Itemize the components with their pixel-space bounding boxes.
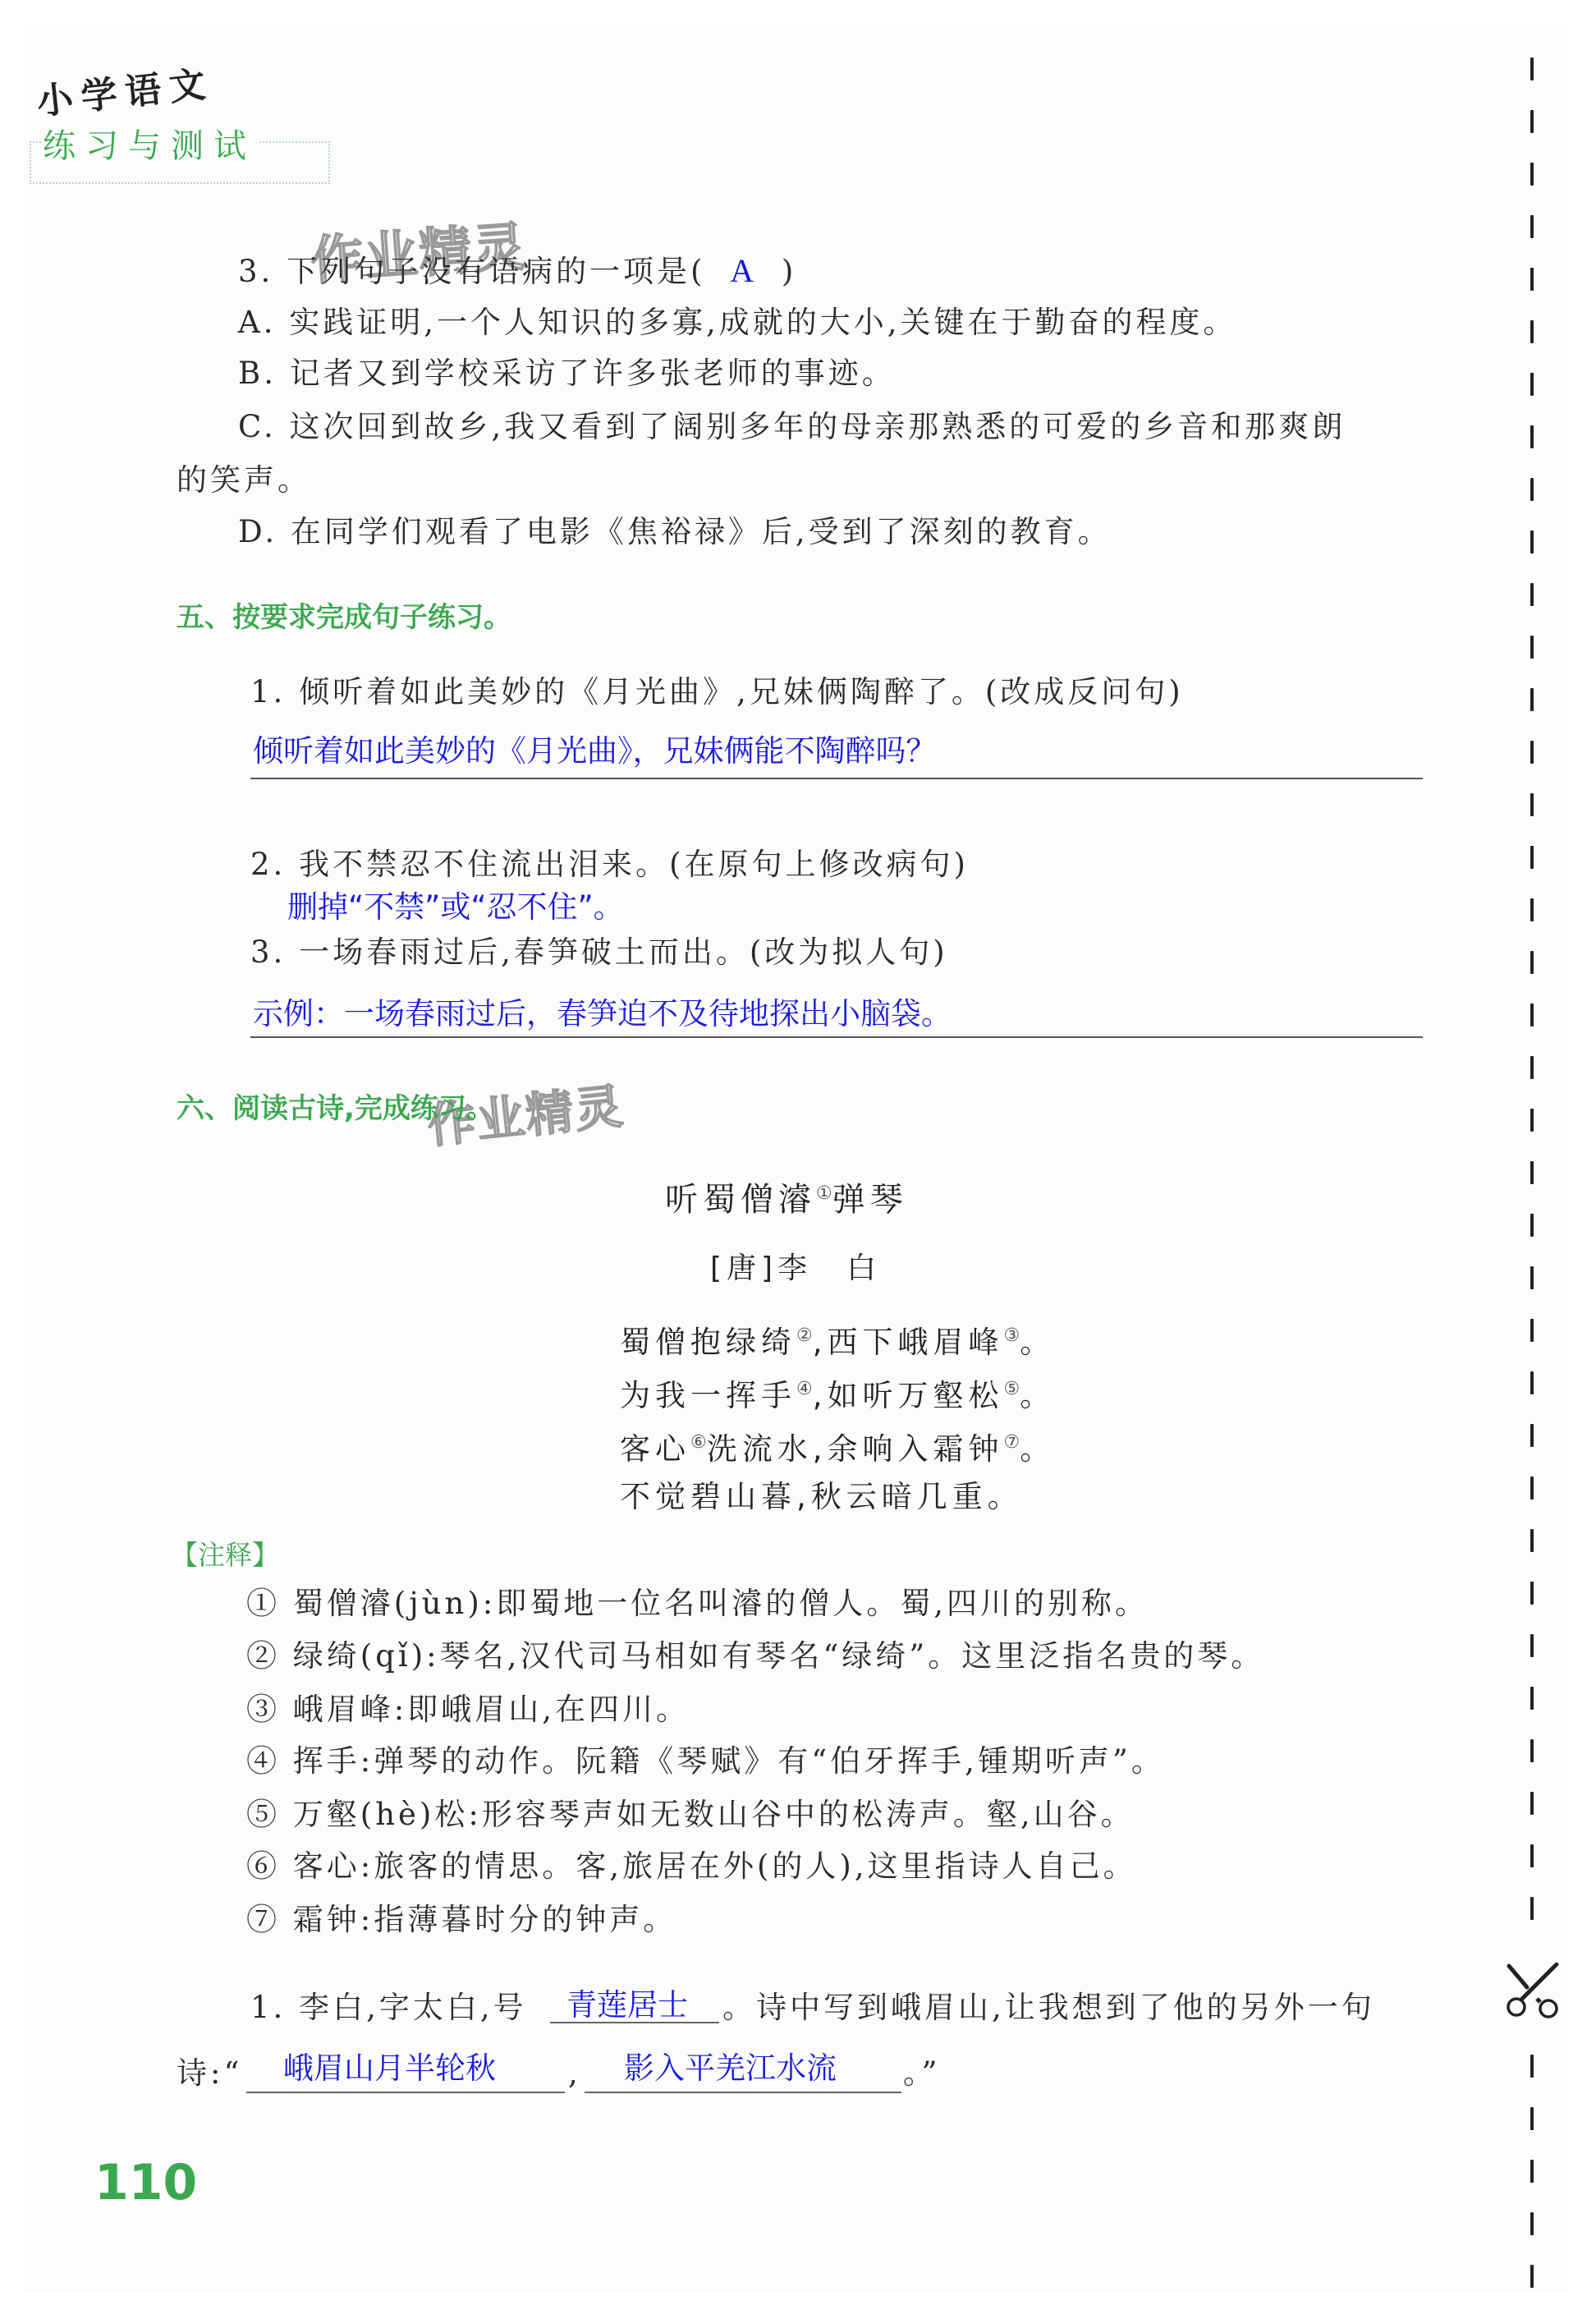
cut-line-dash bbox=[1530, 373, 1534, 396]
option-b: B. 记者又到学校采访了许多张老师的事迹。 bbox=[238, 356, 896, 392]
section-5-item-1-prompt: 1. 倾听着如此美妙的《月光曲》,兄妹俩陶醉了。(改成反问句) bbox=[250, 674, 1184, 710]
answer-line-3 bbox=[250, 1036, 1423, 1038]
option-a: A. 实践证明,一个人知识的多寡,成就的大小,关键在于勤奋的程度。 bbox=[238, 305, 1237, 341]
footnote-marker: ⑥ bbox=[690, 1432, 707, 1453]
cut-line-dash bbox=[1530, 1109, 1534, 1132]
question-3-answer: A bbox=[718, 252, 768, 289]
question-3-prefix: 3. 下列句子没有语病的一项是( bbox=[238, 254, 706, 289]
option-c: C. 这次回到故乡,我又看到了阔别多年的母亲那熟悉的可爱的乡音和那爽朗 bbox=[238, 409, 1346, 445]
poem-line-3: 客心⑥洗流水,余响入霜钟⑦。 bbox=[620, 1425, 1055, 1467]
cut-line-dash bbox=[1530, 1424, 1534, 1447]
cut-line-dash bbox=[1530, 1161, 1534, 1184]
footnote-marker: ② bbox=[796, 1325, 813, 1346]
cut-line-dash bbox=[1530, 2107, 1534, 2130]
cut-line-dash bbox=[1530, 530, 1534, 553]
cut-line-dash bbox=[1530, 951, 1534, 974]
footnote-marker: ⑦ bbox=[1004, 1432, 1020, 1453]
cut-line-dash bbox=[1530, 1529, 1534, 1552]
notes-label: 【注释】 bbox=[171, 1534, 279, 1573]
scissors-icon bbox=[1499, 1963, 1565, 2028]
cut-line-dash bbox=[1530, 1476, 1534, 1499]
cut-line-dash bbox=[1530, 1687, 1534, 1710]
poem-question-1-part3: 诗:“ bbox=[177, 2055, 242, 2092]
cut-line-dash bbox=[1530, 1214, 1534, 1237]
cut-line-dash bbox=[1530, 163, 1534, 186]
book-title: 练习与测试 bbox=[43, 120, 259, 167]
cut-line-dash bbox=[1530, 793, 1534, 816]
poem-question-1-part4: 。” bbox=[903, 2055, 940, 2092]
section-5-item-2-prompt: 2. 我不禁忍不住流出泪来。(在原句上修改病句) bbox=[250, 847, 969, 883]
cut-line-dash bbox=[1530, 583, 1534, 606]
note-2: ② 绿绮(qǐ):琴名,汉代司马相如有琴名“绿绮”。这里泛指名贵的琴。 bbox=[246, 1638, 1264, 1674]
cut-line-dash bbox=[1530, 1003, 1534, 1026]
note-3: ③ 峨眉峰:即峨眉山,在四川。 bbox=[246, 1692, 690, 1728]
answer-line-1 bbox=[250, 778, 1423, 779]
poem-question-1-blank3[interactable]: 影入平羌江水流 bbox=[624, 2051, 837, 2087]
blank-line-2 bbox=[246, 2092, 565, 2093]
poem-line-text: ,如听万壑松 bbox=[813, 1378, 1004, 1413]
cut-line-dash bbox=[1530, 2212, 1534, 2235]
poem-line-text: ,西下峨眉峰 bbox=[813, 1325, 1004, 1360]
cut-line-dash bbox=[1530, 2265, 1534, 2288]
cut-line-dash bbox=[1530, 846, 1534, 869]
cut-line-dash bbox=[1530, 1739, 1534, 1762]
note-7: ⑦ 霜钟:指薄暮时分的钟声。 bbox=[246, 1902, 676, 1938]
cut-line-dash bbox=[1530, 1792, 1534, 1815]
section-5-item-1-answer[interactable]: 倾听着如此美妙的《月光曲》，兄妹俩能不陶醉吗？ bbox=[253, 733, 937, 769]
cut-line-dash bbox=[1530, 1897, 1534, 1920]
footnote-marker: ④ bbox=[796, 1379, 813, 1399]
poem-question-1-blank2[interactable]: 峨眉山月半轮秋 bbox=[283, 2051, 496, 2087]
cut-line-dash bbox=[1530, 320, 1534, 343]
cut-line-dash bbox=[1530, 741, 1534, 764]
poem-line-end: 。 bbox=[1020, 1325, 1055, 1360]
cut-line-dash bbox=[1530, 1634, 1534, 1657]
blank-line-1 bbox=[550, 2022, 719, 2023]
section-5-item-3-prompt: 3. 一场春雨过后,春笋破土而出。(改为拟人句) bbox=[250, 935, 948, 971]
cut-line-dash bbox=[1530, 1266, 1534, 1289]
cut-line-dash bbox=[1530, 1844, 1534, 1867]
poem-line-text: 不觉碧山暮,秋云暗几重。 bbox=[620, 1479, 1023, 1514]
cut-line-dash bbox=[1530, 425, 1534, 448]
section-5-item-2-answer[interactable]: 删掉“不禁”或“忍不住”。 bbox=[287, 889, 624, 925]
poem-line-end: 。 bbox=[1020, 1378, 1055, 1413]
footnote-marker: ③ bbox=[1004, 1325, 1020, 1346]
poem-question-1-part1: 1. 李白,字太白,号 bbox=[250, 1990, 527, 2026]
poem-question-1-blank1[interactable]: 青莲居士 bbox=[566, 1987, 688, 2023]
poem-line-text: 为我一挥手 bbox=[620, 1378, 796, 1413]
poem-title: 听蜀僧濬①弹琴 bbox=[665, 1176, 908, 1218]
poem-line-4: 不觉碧山暮,秋云暗几重。 bbox=[620, 1479, 1023, 1515]
poem-line-1: 蜀僧抱绿绮②,西下峨眉峰③。 bbox=[620, 1318, 1055, 1361]
note-1: ① 蜀僧濬(jùn):即蜀地一位名叫濬的僧人。蜀,四川的别称。 bbox=[246, 1586, 1149, 1622]
cut-line-dash bbox=[1530, 2055, 1534, 2078]
footnote-marker: ⑤ bbox=[1004, 1379, 1020, 1399]
poem-line-text: 洗流水,余响入霜钟 bbox=[707, 1431, 1004, 1467]
poem-title-end: 弹琴 bbox=[832, 1181, 908, 1219]
poem-author: [唐]李 白 bbox=[710, 1251, 881, 1287]
cut-line-dash bbox=[1530, 215, 1534, 238]
cut-line-dash bbox=[1530, 1582, 1534, 1605]
cut-line-dash bbox=[1530, 636, 1534, 659]
question-3-suffix: ) bbox=[782, 254, 796, 289]
cut-line-dash bbox=[1530, 898, 1534, 921]
footnote-marker: ① bbox=[816, 1183, 832, 1204]
cut-line-dash bbox=[1530, 110, 1534, 133]
cut-line-dash bbox=[1530, 268, 1534, 291]
cut-line-dash bbox=[1530, 688, 1534, 711]
section-5-item-3-answer[interactable]: 示例：一场春雨过后，春笋迫不及待地探出小脑袋。 bbox=[253, 996, 952, 1032]
section-6-heading: 六、阅读古诗,完成练习。 bbox=[177, 1086, 494, 1126]
note-6: ⑥ 客心:旅客的情思。客,旅居在外(的人),这里指诗人自己。 bbox=[246, 1848, 1137, 1885]
page-number: 110 bbox=[94, 2154, 197, 2211]
note-4: ④ 挥手:弹琴的动作。阮籍《琴赋》有“伯牙挥手,锺期听声”。 bbox=[246, 1743, 1165, 1780]
poem-title-main: 听蜀僧濬 bbox=[665, 1181, 816, 1219]
option-d: D. 在同学们观看了电影《焦裕禄》后,受到了深刻的教育。 bbox=[238, 514, 1112, 550]
poem-line-text: 蜀僧抱绿绮 bbox=[620, 1325, 796, 1360]
poem-line-2: 为我一挥手④,如听万壑松⑤。 bbox=[620, 1371, 1055, 1414]
blank-line-3 bbox=[585, 2092, 901, 2093]
cut-line-dash bbox=[1530, 57, 1534, 80]
poem-question-1-sep: , bbox=[568, 2055, 581, 2092]
question-3-stem: 3. 下列句子没有语病的一项是( A ) bbox=[238, 253, 796, 290]
cut-line-dash bbox=[1530, 2160, 1534, 2183]
cut-line-dash bbox=[1530, 1056, 1534, 1079]
cut-line-dash bbox=[1530, 478, 1534, 501]
section-5-heading: 五、按要求完成句子练习。 bbox=[177, 595, 511, 635]
cut-line-dash bbox=[1530, 1319, 1534, 1342]
note-5: ⑤ 万壑(hè)松:形容琴声如无数山谷中的松涛声。壑,山谷。 bbox=[246, 1797, 1135, 1833]
poem-question-1-part2: 。诗中写到峨眉山,让我想到了他的另外一句 bbox=[722, 1990, 1375, 2026]
poem-line-text: 客心 bbox=[620, 1431, 690, 1467]
option-c-continued: 的笑声。 bbox=[177, 462, 311, 498]
cut-line-dash bbox=[1530, 1371, 1534, 1394]
poem-line-end: 。 bbox=[1020, 1431, 1055, 1467]
